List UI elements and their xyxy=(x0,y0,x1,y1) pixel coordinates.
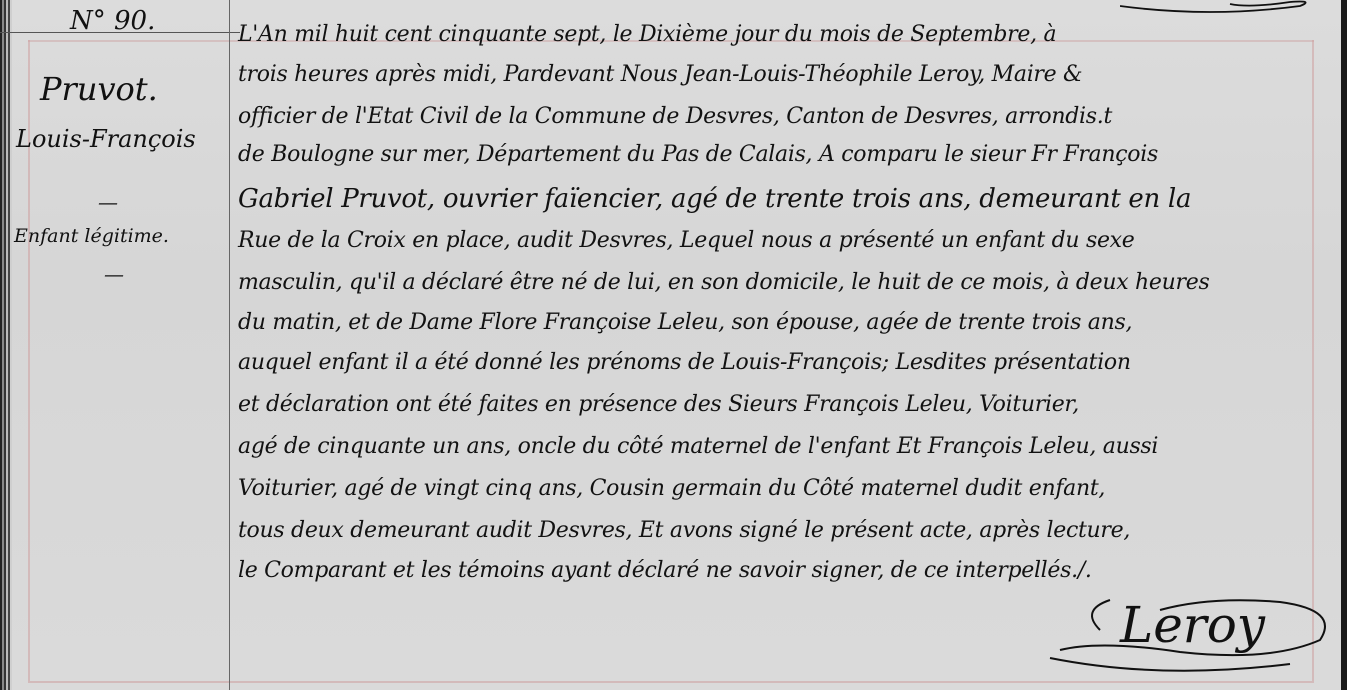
child-surname: Pruvot. xyxy=(40,70,158,108)
column-divider xyxy=(229,0,230,690)
text-line: officier de l'Etat Civil de la Commune d… xyxy=(238,104,1112,129)
text-line: auquel enfant il a été donné les prénoms… xyxy=(238,350,1131,375)
text-line: du matin, et de Dame Flore Françoise Lel… xyxy=(238,310,1132,335)
flourish-decoration xyxy=(1120,0,1320,22)
signature-name: Leroy xyxy=(1120,596,1265,654)
child-given-names: Louis-François xyxy=(16,125,196,153)
text-line: L'An mil huit cent cinquante sept, le Di… xyxy=(238,22,1056,47)
text-line: masculin, qu'il a déclaré être né de lui… xyxy=(238,270,1209,295)
legitimacy-status: Enfant légitime. xyxy=(14,225,169,247)
margin-column: N° 90. Pruvot. Louis-François — Enfant l… xyxy=(0,0,229,690)
separator-dash: — xyxy=(104,262,124,286)
text-line: Voiturier, agé de vingt cinq ans, Cousin… xyxy=(238,476,1105,501)
text-line: le Comparant et les témoins ayant déclar… xyxy=(238,558,1092,583)
text-line: Rue de la Croix en place, audit Desvres,… xyxy=(238,228,1135,253)
mayor-signature: Leroy xyxy=(1040,590,1330,680)
text-line: de Boulogne sur mer, Département du Pas … xyxy=(238,142,1158,167)
text-line: trois heures après midi, Pardevant Nous … xyxy=(238,62,1082,87)
separator-dash: — xyxy=(98,190,118,214)
page-edge-right xyxy=(1341,0,1347,690)
register-page: N° 90. Pruvot. Louis-François — Enfant l… xyxy=(0,0,1347,690)
text-line: tous deux demeurant audit Desvres, Et av… xyxy=(238,518,1130,543)
act-number: N° 90. xyxy=(70,6,155,36)
text-line: agé de cinquante un ans, oncle du côté m… xyxy=(238,434,1158,459)
text-line: Gabriel Pruvot, ouvrier faïencier, agé d… xyxy=(238,184,1191,214)
text-line: et déclaration ont été faites en présenc… xyxy=(238,392,1079,417)
